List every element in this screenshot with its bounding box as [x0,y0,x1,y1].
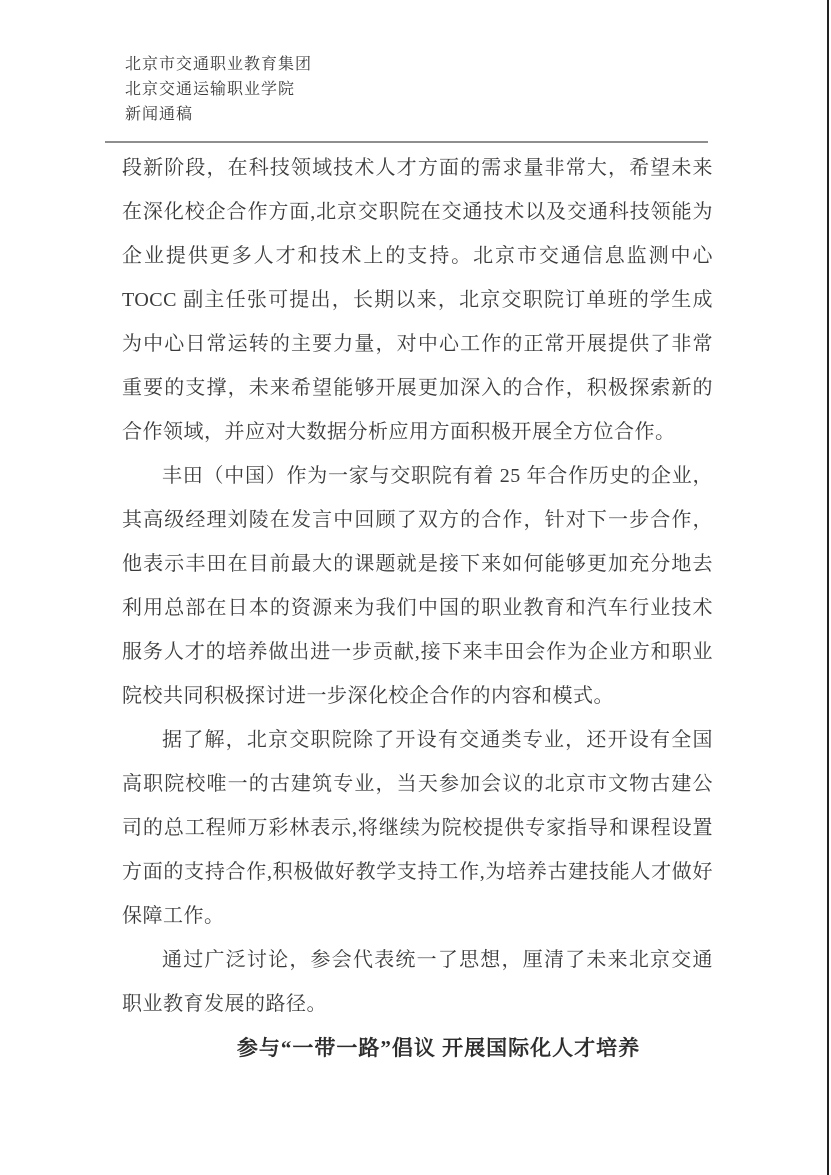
page-edge-line [827,0,829,1175]
letterhead-divider [105,141,708,143]
letterhead: 北京市交通职业教育集团 北京交通运输职业学院 新闻通稿 [125,52,312,127]
letterhead-line-college: 北京交通运输职业学院 [125,77,312,102]
letterhead-line-doc-type: 新闻通稿 [125,102,312,127]
document-body: 段新阶段，在科技领域技术人才方面的需求量非常大，希望未来在深化校企合作方面,北京… [122,146,713,1070]
section-heading: 参与“一带一路”倡议 开展国际化人才培养 [122,1026,713,1070]
body-paragraph-toyota: 丰田（中国）作为一家与交职院有着 25 年合作历史的企业，其高级经理刘陵在发言中… [122,454,713,718]
body-paragraph-continuation: 段新阶段，在科技领域技术人才方面的需求量非常大，希望未来在深化校企合作方面,北京… [122,146,713,454]
body-paragraph-conclusion: 通过广泛讨论，参会代表统一了思想，厘清了未来北京交通职业教育发展的路径。 [122,938,713,1026]
letterhead-line-org-group: 北京市交通职业教育集团 [125,52,312,77]
body-paragraph-heritage-program: 据了解，北京交职院除了开设有交通类专业，还开设有全国高职院校唯一的古建筑专业，当… [122,718,713,938]
document-page: 北京市交通职业教育集团 北京交通运输职业学院 新闻通稿 段新阶段，在科技领域技术… [0,0,831,1175]
